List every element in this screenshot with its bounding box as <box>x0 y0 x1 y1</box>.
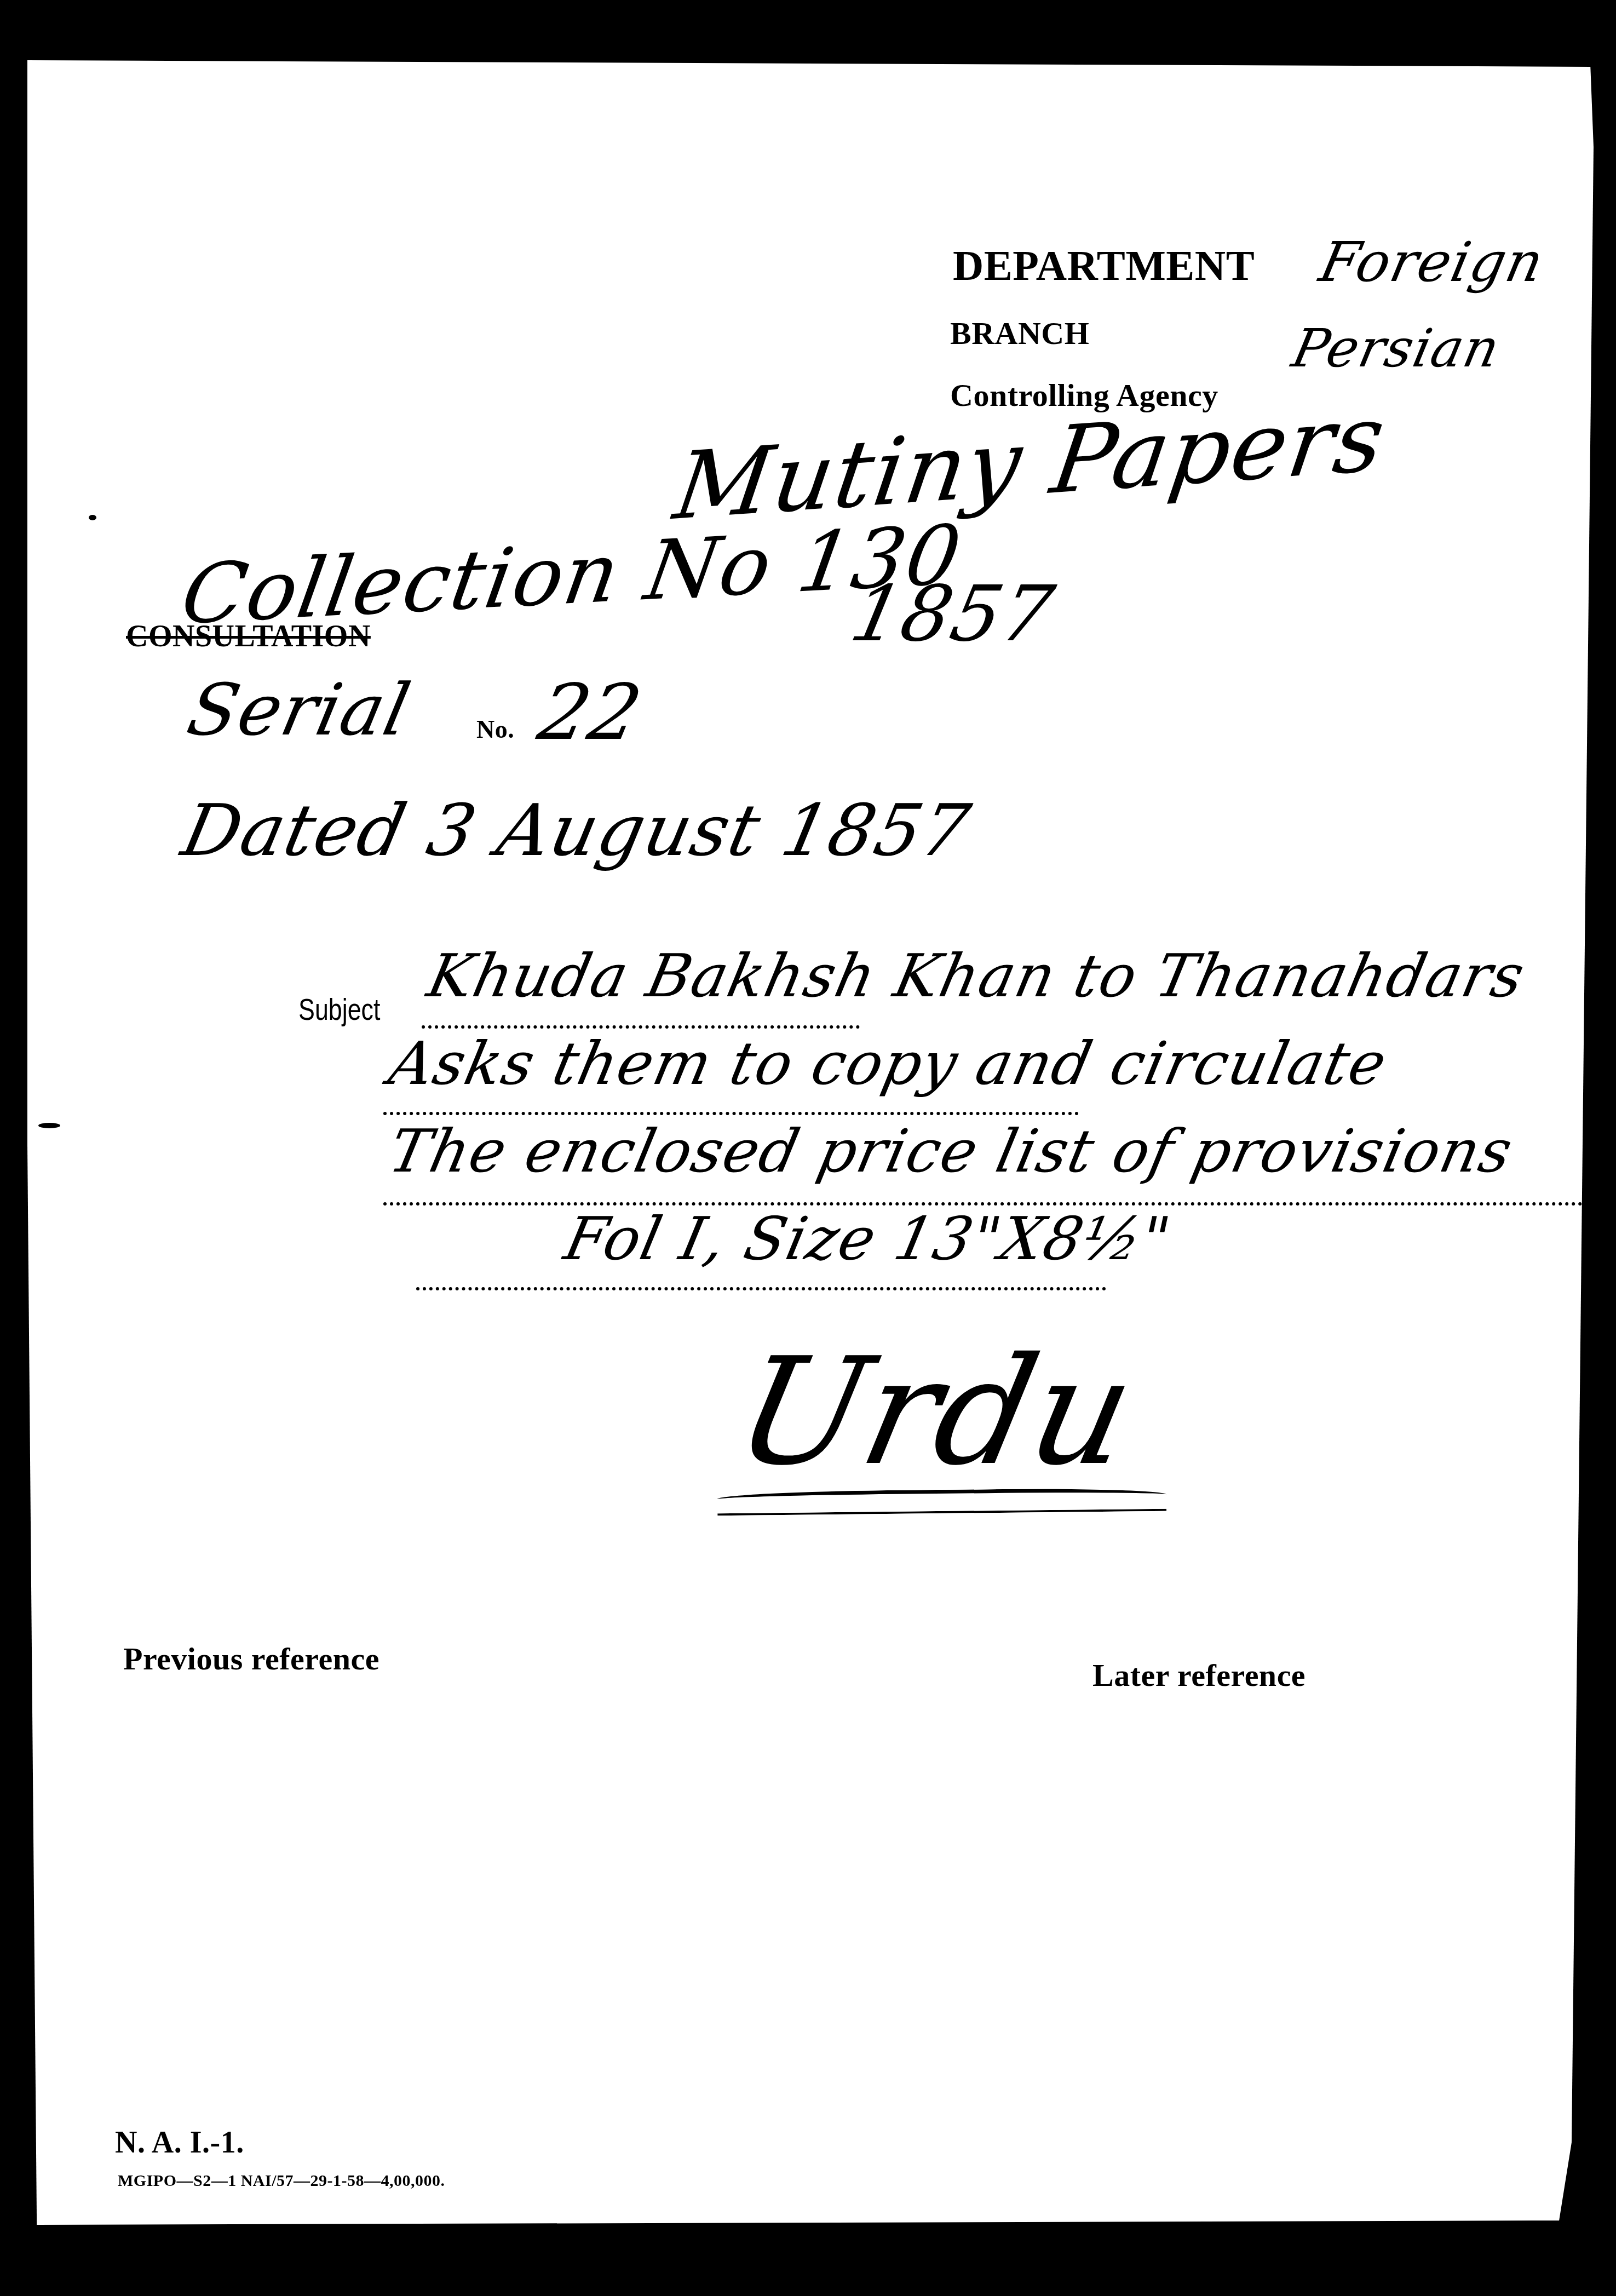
serial-prefix: Serial <box>181 668 418 751</box>
previous-reference-label: Previous reference <box>123 1640 379 1677</box>
scan-speck <box>89 515 96 520</box>
form-code: N. A. I.-1. <box>115 2125 244 2160</box>
later-reference-label: Later reference <box>1092 1657 1306 1694</box>
department-label: DEPARTMENT <box>953 241 1255 290</box>
scan-speck <box>38 1123 60 1128</box>
branch-label: BRANCH <box>950 315 1089 352</box>
serial-number-label: No. <box>476 715 514 744</box>
consultation-label: CONSULTATION <box>126 619 371 654</box>
subject-line-4: Fol I, Size 13"X8½" <box>559 1205 1177 1273</box>
subject-dotted-line-4 <box>416 1287 1106 1290</box>
scan-border-left <box>0 0 28 2296</box>
scan-speck <box>97 2250 128 2266</box>
subject-dotted-line-1 <box>422 1025 860 1029</box>
collection-year: 1857 <box>843 570 1062 659</box>
department-value: Foreign <box>1314 230 1550 294</box>
branch-value: Persian <box>1287 318 1506 379</box>
subject-line-3: The enclosed price list of provisions <box>383 1117 1519 1186</box>
subject-line-1: Khuda Bakhsh Khan to Thanahdars <box>422 942 1531 1011</box>
printer-imprint: MGIPO—S2—1 NAI/57—29-1-58—4,00,000. <box>118 2172 445 2190</box>
subject-label: Subject <box>298 991 380 1027</box>
subject-line-2: Asks them to copy and circulate <box>383 1030 1393 1098</box>
serial-number-value: 22 <box>531 668 650 757</box>
subject-dotted-line-2 <box>383 1112 1079 1115</box>
dated-value: Dated 3 August 1857 <box>175 789 977 872</box>
language-value: Urdu <box>723 1325 1149 1498</box>
